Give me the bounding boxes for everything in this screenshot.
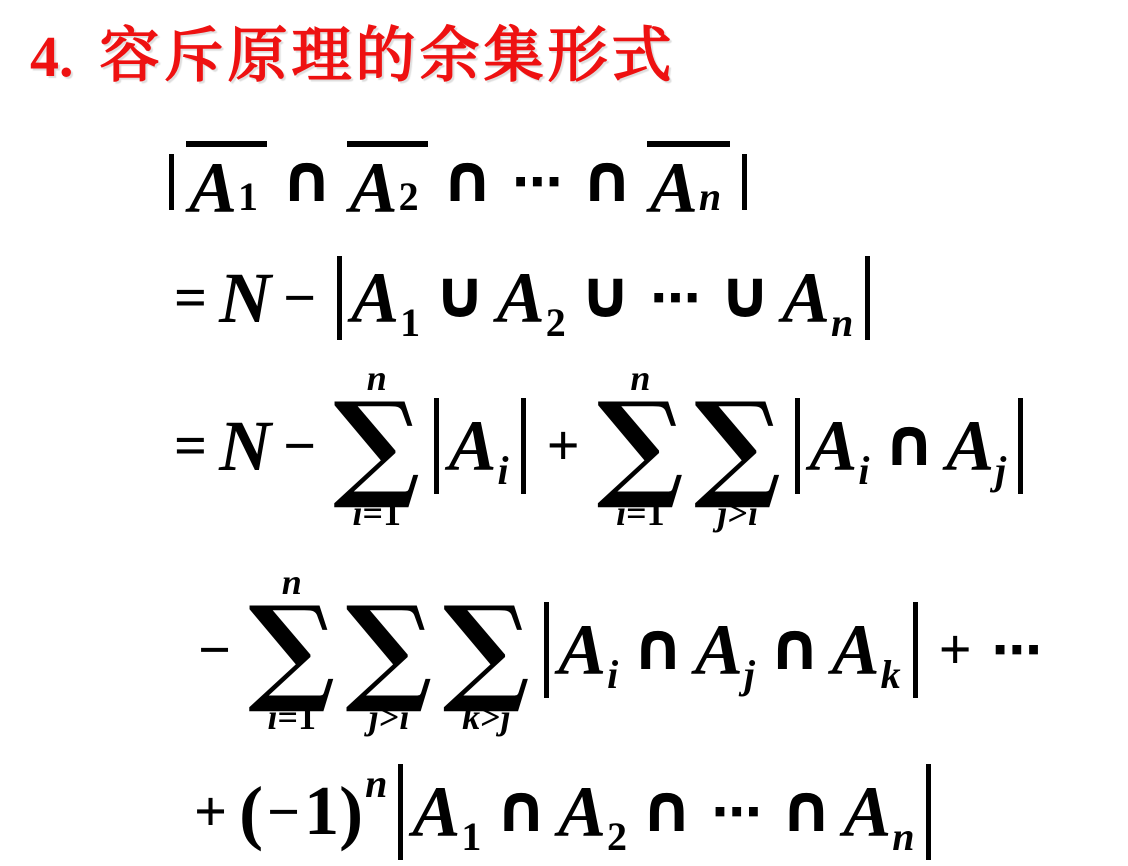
- absolute-value-bar: [521, 398, 526, 494]
- formula-line-1: A 1 ∩ A 2 ∩ ⋯ ∩ A n: [160, 124, 756, 240]
- plus-operator: +: [194, 783, 227, 841]
- intersection-symbol: ∩: [768, 614, 822, 680]
- summation: ∑ j > i: [694, 359, 781, 534]
- sigma-symbol: ∑: [248, 603, 335, 696]
- limit-variable: i: [353, 491, 363, 533]
- subscript: 1: [238, 177, 258, 217]
- absolute-value-bar: [913, 602, 918, 698]
- subscript: n: [892, 817, 914, 857]
- absolute-value-bar: [337, 256, 342, 340]
- intersection-symbol: ∩: [280, 146, 334, 212]
- absolute-value-bar: [544, 602, 549, 698]
- overline-group: A 2: [347, 141, 428, 224]
- variable-A: A: [946, 410, 994, 482]
- variable-A: A: [558, 614, 606, 686]
- variable-A: A: [189, 152, 237, 224]
- union-symbol: ∪: [718, 262, 772, 328]
- limit-variable: i: [399, 695, 409, 737]
- subscript: 1: [400, 303, 420, 343]
- subscript: n: [699, 177, 721, 217]
- sum-lower-limit: k > j: [462, 695, 511, 737]
- subscript: i: [858, 451, 869, 491]
- intersection-symbol: ∩: [580, 146, 634, 212]
- equals-operator: =: [174, 269, 207, 327]
- formula-line-4: − n ∑ i =1 ∑ j > i ∑ k > j: [186, 554, 1050, 746]
- subscript: i: [498, 451, 509, 491]
- subscript: n: [831, 303, 853, 343]
- formula-line-5: + ( − 1 ) n A 1 ∩ A 2 ∩ ⋯ ∩ A n: [182, 756, 940, 866]
- variable-A: A: [695, 614, 743, 686]
- superscript-n: n: [365, 764, 387, 804]
- variable-A: A: [650, 152, 698, 224]
- minus-operator: −: [267, 783, 300, 841]
- ellipsis: ⋯: [512, 157, 562, 207]
- title-text: 容斥原理的余集形式: [100, 22, 676, 91]
- absolute-value-bar: [865, 256, 870, 340]
- sigma-symbol: ∑: [443, 603, 530, 696]
- variable-A: A: [558, 776, 606, 848]
- limit-variable: j: [717, 491, 727, 533]
- formula-line-3: = N − n ∑ i =1 A i + n ∑ i =1 ∑ j: [162, 350, 1032, 542]
- variable-A: A: [448, 410, 496, 482]
- paren-open: (: [239, 776, 263, 848]
- minus-operator: −: [198, 621, 231, 679]
- subscript: k: [881, 655, 901, 695]
- subscript: 2: [607, 817, 627, 857]
- ellipsis: ⋯: [650, 273, 700, 323]
- intersection-symbol: ∩: [780, 776, 834, 842]
- absolute-value-bar: [742, 154, 747, 210]
- union-symbol: ∪: [433, 262, 487, 328]
- sigma-symbol: ∑: [597, 399, 684, 492]
- overline-group: A 1: [186, 141, 267, 224]
- variable-N: N: [219, 262, 271, 334]
- overline-group: A n: [647, 141, 730, 224]
- variable-A: A: [832, 614, 880, 686]
- limit-variable: k: [462, 695, 480, 737]
- summation: n ∑ i =1: [333, 359, 420, 534]
- sum-lower-limit: i =1: [353, 491, 402, 533]
- slide-title: 4. 容斥原理的余集形式: [30, 22, 676, 92]
- intersection-symbol: ∩: [494, 776, 548, 842]
- equals-operator: =: [174, 417, 207, 475]
- variable-A: A: [809, 410, 857, 482]
- variable-A: A: [782, 262, 830, 334]
- number-one: 1: [304, 777, 339, 847]
- variable-A: A: [351, 262, 399, 334]
- sum-lower-limit: j > i: [717, 491, 758, 533]
- minus-operator: −: [283, 417, 316, 475]
- absolute-value-bar: [1018, 398, 1023, 494]
- limit-value: =1: [363, 491, 402, 533]
- subscript: 1: [461, 817, 481, 857]
- subscript: j: [744, 655, 755, 695]
- subscript: 2: [546, 303, 566, 343]
- minus-operator: −: [283, 269, 316, 327]
- sigma-symbol: ∑: [333, 399, 420, 492]
- plus-operator: +: [547, 417, 580, 475]
- limit-operator: >: [480, 695, 501, 737]
- intersection-symbol: ∩: [883, 410, 937, 476]
- plus-operator: +: [939, 621, 972, 679]
- limit-value: =1: [277, 695, 316, 737]
- sum-lower-limit: j > i: [369, 695, 410, 737]
- limit-operator: >: [379, 695, 400, 737]
- subscript: i: [607, 655, 618, 695]
- formula-line-2: = N − A 1 ∪ A 2 ∪ ⋯ ∪ A n: [162, 246, 879, 350]
- intersection-symbol: ∩: [441, 146, 495, 212]
- variable-N: N: [219, 410, 271, 482]
- absolute-value-bar: [926, 764, 931, 860]
- subscript: j: [995, 451, 1006, 491]
- summation: n ∑ i =1: [248, 563, 335, 738]
- ellipsis: ⋯: [992, 625, 1042, 675]
- absolute-value-bar: [795, 398, 800, 494]
- variable-A: A: [412, 776, 460, 848]
- intersection-symbol: ∩: [640, 776, 694, 842]
- limit-operator: >: [727, 491, 748, 533]
- ellipsis: ⋯: [712, 787, 762, 837]
- variable-A: A: [497, 262, 545, 334]
- intersection-symbol: ∩: [631, 614, 685, 680]
- absolute-value-bar: [434, 398, 439, 494]
- sigma-symbol: ∑: [694, 399, 781, 492]
- summation: ∑ k > j: [443, 563, 530, 738]
- paren-close: ): [339, 776, 363, 848]
- subscript: 2: [399, 177, 419, 217]
- variable-A: A: [843, 776, 891, 848]
- limit-variable: i: [267, 695, 277, 737]
- limit-variable: i: [748, 491, 758, 533]
- limit-value: =1: [626, 491, 665, 533]
- title-number: 4.: [30, 22, 74, 92]
- absolute-value-bar: [398, 764, 403, 860]
- limit-variable: j: [501, 695, 511, 737]
- sum-lower-limit: i =1: [267, 695, 316, 737]
- union-symbol: ∪: [579, 262, 633, 328]
- summation: n ∑ i =1: [597, 359, 684, 534]
- sigma-symbol: ∑: [345, 603, 432, 696]
- summation: ∑ j > i: [345, 563, 432, 738]
- variable-A: A: [350, 152, 398, 224]
- absolute-value-bar: [169, 154, 174, 210]
- limit-variable: j: [369, 695, 379, 737]
- limit-variable: i: [616, 491, 626, 533]
- sum-lower-limit: i =1: [616, 491, 665, 533]
- slide: 4. 容斥原理的余集形式 A 1 ∩ A 2 ∩ ⋯ ∩ A n = N − A…: [0, 0, 1128, 866]
